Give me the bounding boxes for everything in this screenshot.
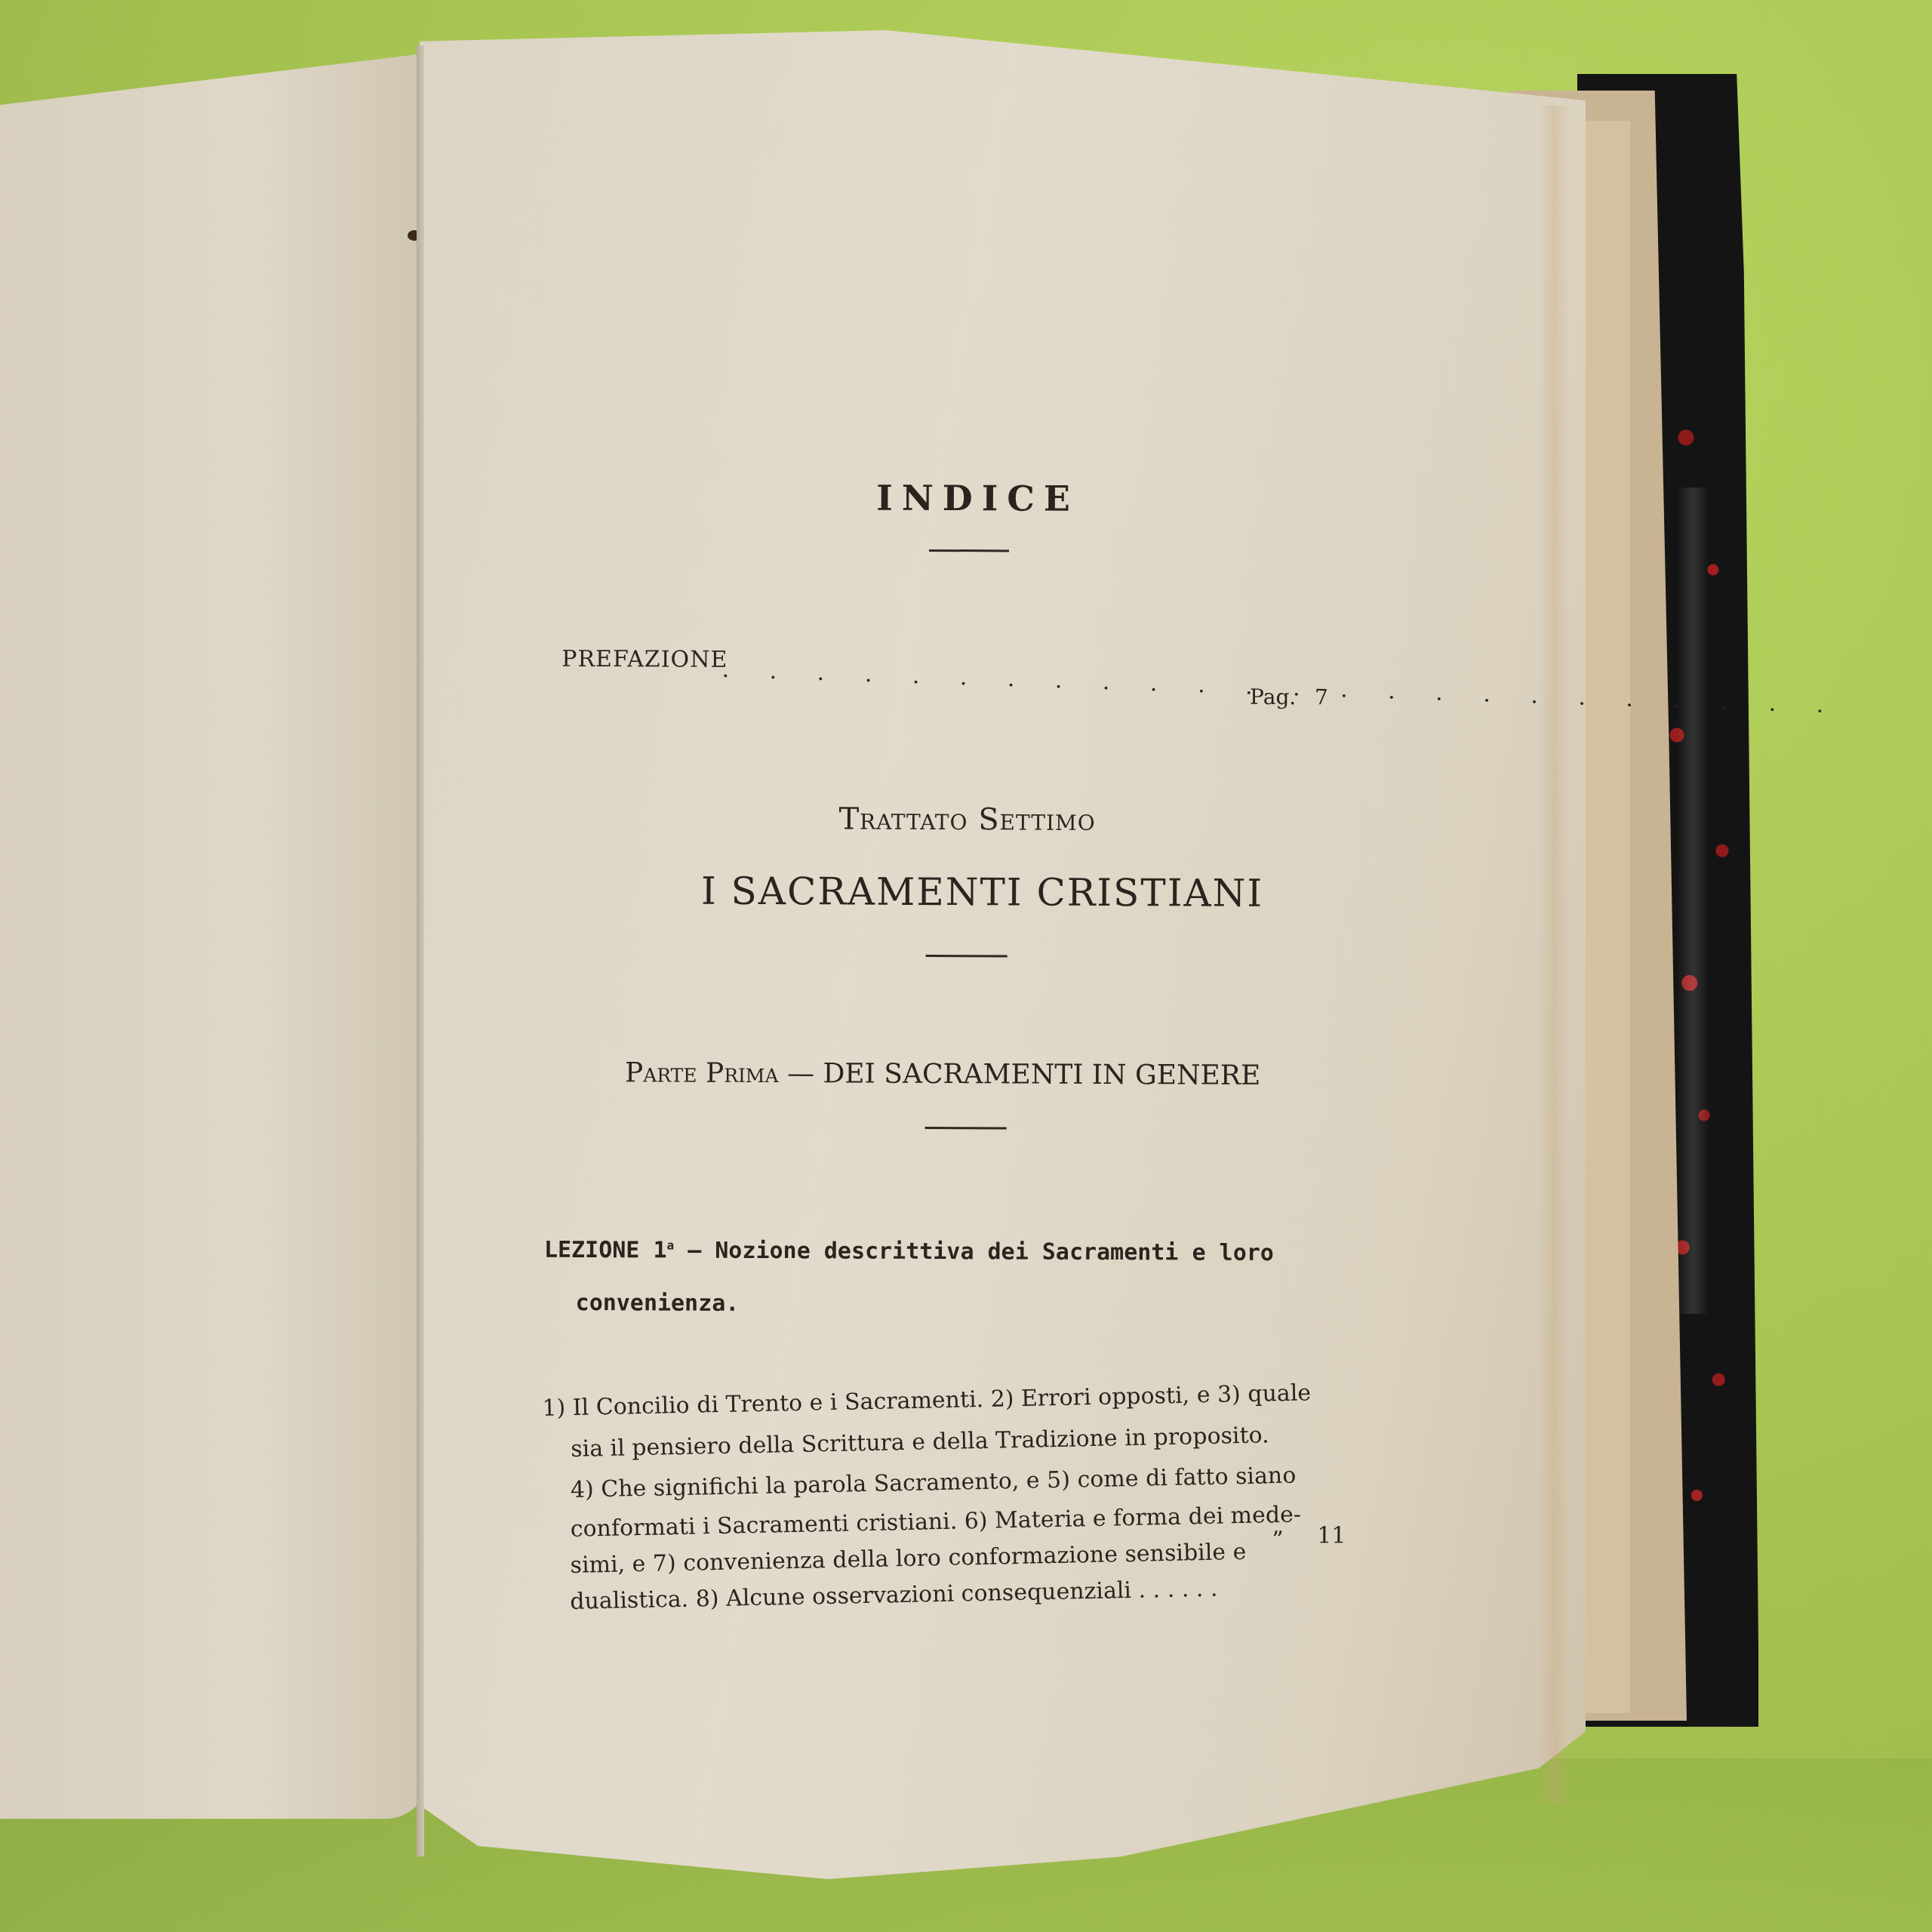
summary-line: sia il pensiero della Scrittura e della … bbox=[571, 1422, 1269, 1463]
toc-page-prefix: Pag. bbox=[1250, 685, 1296, 709]
treatise-title: I SACRAMENTI CRISTIANI bbox=[701, 869, 1263, 915]
treatise-label: Trattato Settimo bbox=[838, 801, 1095, 837]
part-rule bbox=[925, 1127, 1007, 1129]
summary-line: conformati i Sacramenti cristiani. 6) Ma… bbox=[570, 1501, 1301, 1542]
page-heading: INDICE bbox=[876, 478, 1079, 519]
index-page-content: INDICE PREFAZIONE . . . . . . . . . . . … bbox=[411, 30, 1586, 1884]
summary-line: dualistica. 8) Alcune osservazioni conse… bbox=[570, 1576, 1218, 1615]
lesson-ordinal: a bbox=[666, 1238, 674, 1252]
treatise-rule bbox=[926, 955, 1008, 957]
part-heading: Parte Prima — DEI SACRAMENTI IN GENERE bbox=[625, 1057, 1260, 1091]
left-page bbox=[0, 53, 430, 1819]
lesson-separator: — bbox=[688, 1238, 701, 1264]
lesson-label: LEZIONE 1 bbox=[544, 1237, 667, 1264]
part-label: Parte Prima bbox=[625, 1057, 779, 1089]
summary-line: simi, e 7) convenienza della loro confor… bbox=[570, 1539, 1247, 1579]
part-title: DEI SACRAMENTI IN GENERE bbox=[823, 1058, 1260, 1091]
toc-page-number: 7 bbox=[1315, 685, 1328, 709]
lesson-title-line1: LEZIONE 1a — Nozione descrittiva dei Sac… bbox=[544, 1237, 1274, 1266]
summary-line: 1) Il Concilio di Trento e i Sacramenti.… bbox=[542, 1380, 1311, 1421]
cover-sheen bbox=[1677, 488, 1709, 1314]
summary-page-ditto: ” bbox=[1272, 1527, 1283, 1553]
lesson-title: Nozione descrittiva dei Sacramenti e lor… bbox=[715, 1238, 1274, 1266]
part-separator: — bbox=[787, 1058, 814, 1089]
lesson-title-line2: convenienza. bbox=[576, 1290, 740, 1317]
heading-rule bbox=[929, 549, 1009, 552]
toc-entry-label: PREFAZIONE bbox=[561, 646, 728, 673]
summary-page-number: 11 bbox=[1317, 1522, 1346, 1549]
summary-line: 4) Che significhi la parola Sacramento, … bbox=[571, 1463, 1297, 1503]
